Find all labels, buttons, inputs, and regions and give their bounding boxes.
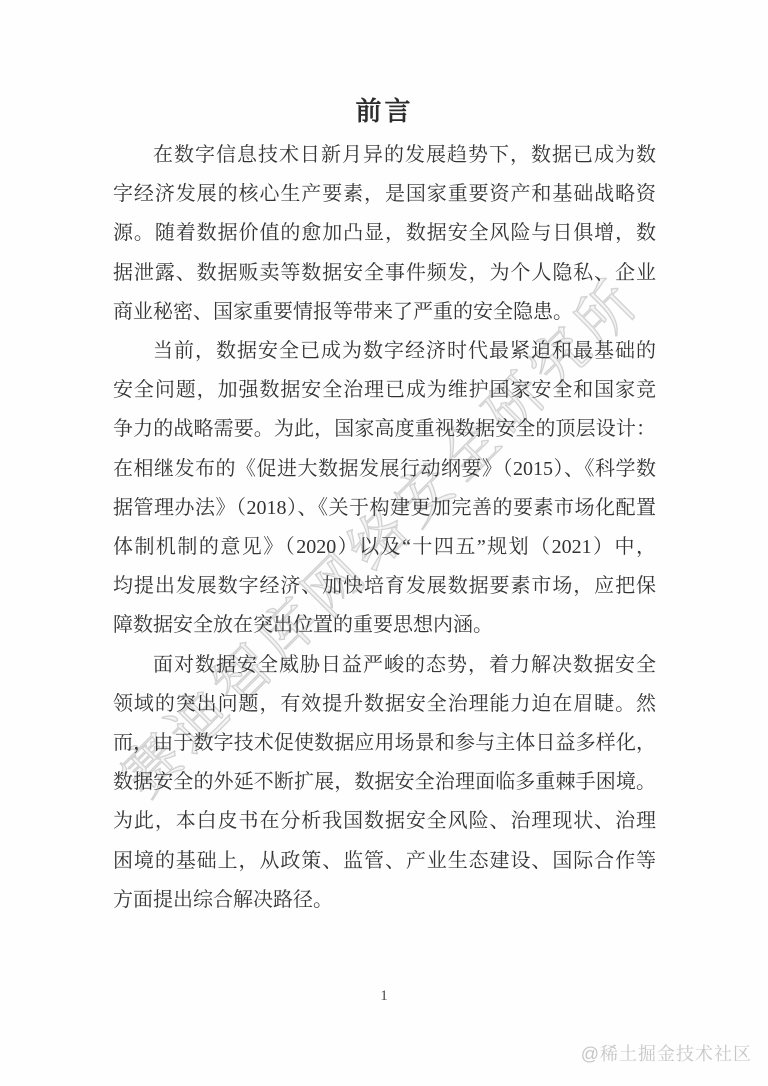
- text-line: 据泄露、数据贩卖等数据安全事件频发，为个人隐私、企业: [113, 254, 656, 293]
- text-line: 字经济发展的核心生产要素，是国家重要资产和基础战略资: [113, 175, 656, 214]
- text-line: 争力的战略需要。为此，国家高度重视数据安全的顶层设计：: [113, 410, 656, 449]
- text-line: 数据安全的外延不断扩展，数据安全治理面临多重棘手困境。: [113, 763, 656, 802]
- paragraph: 面对数据安全威胁日益严峻的态势，着力解决数据安全领域的突出问题，有效提升数据安全…: [113, 646, 656, 920]
- text-line: 而，由于数字技术促使数据应用场景和参与主体日益多样化，: [113, 724, 656, 763]
- page-content: 前言 在数字信息技术日新月异的发展趋势下，数据已成为数字经济发展的核心生产要素，…: [113, 92, 656, 920]
- text-line: 均提出发展数字经济、加快培育发展数据要素市场，应把保: [113, 567, 656, 606]
- paragraph: 在数字信息技术日新月异的发展趋势下，数据已成为数字经济发展的核心生产要素，是国家…: [113, 136, 656, 332]
- document-page: 赛迪智库网络安全研究所 前言 在数字信息技术日新月异的发展趋势下，数据已成为数字…: [0, 0, 768, 1086]
- text-line: 为此，本白皮书在分析我国数据安全风险、治理现状、治理: [113, 802, 656, 841]
- paragraph: 当前，数据安全已成为数字经济时代最紧迫和最基础的安全问题，加强数据安全治理已成为…: [113, 332, 656, 646]
- text-line: 困境的基础上，从政策、监管、产业生态建设、国际合作等: [113, 842, 656, 881]
- text-line: 领域的突出问题，有效提升数据安全治理能力迫在眉睫。然: [113, 685, 656, 724]
- text-line: 商业秘密、国家重要情报等带来了严重的安全隐患。: [113, 293, 656, 332]
- text-line: 体制机制的意见》（2020）以及“十四五”规划（2021）中，: [113, 528, 656, 567]
- text-line: 当前，数据安全已成为数字经济时代最紧迫和最基础的: [113, 332, 656, 371]
- text-line: 源。随着数据价值的愈加凸显，数据安全风险与日俱增，数: [113, 214, 656, 253]
- page-title: 前言: [113, 92, 656, 132]
- juejin-community-watermark: @稀土掘金技术社区: [581, 1040, 752, 1066]
- text-line: 方面提出综合解决路径。: [113, 881, 656, 920]
- text-line: 障数据安全放在突出位置的重要思想内涵。: [113, 606, 656, 645]
- text-line: 安全问题，加强数据安全治理已成为维护国家安全和国家竞: [113, 371, 656, 410]
- page-number: 1: [0, 988, 768, 1005]
- text-line: 在数字信息技术日新月异的发展趋势下，数据已成为数: [113, 136, 656, 175]
- text-line: 面对数据安全威胁日益严峻的态势，着力解决数据安全: [113, 646, 656, 685]
- text-line: 在相继发布的《促进大数据发展行动纲要》（2015）、《科学数: [113, 450, 656, 489]
- text-line: 据管理办法》（2018）、《关于构建更加完善的要素市场化配置: [113, 489, 656, 528]
- preface-paragraphs: 在数字信息技术日新月异的发展趋势下，数据已成为数字经济发展的核心生产要素，是国家…: [113, 136, 656, 920]
